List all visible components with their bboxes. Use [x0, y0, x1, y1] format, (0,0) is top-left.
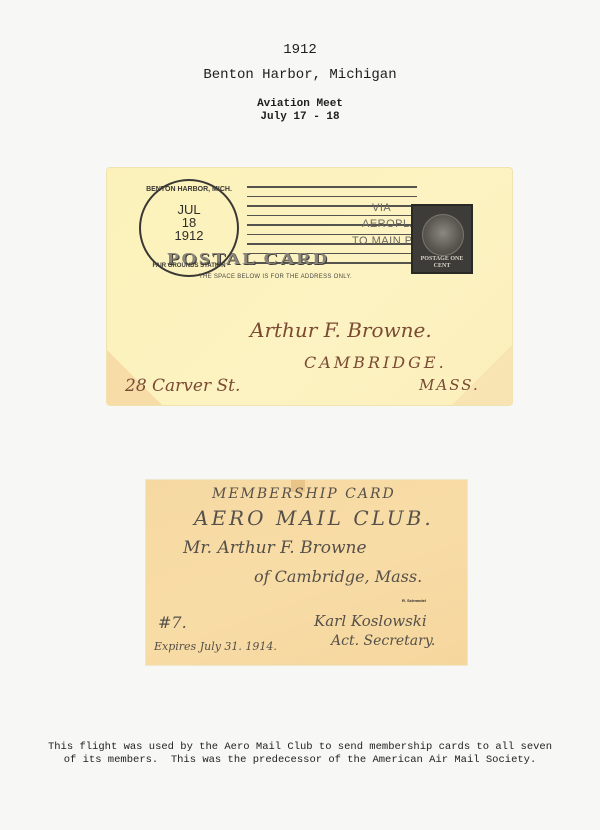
- page-year: 1912: [0, 42, 600, 58]
- postmark-town: BENTON HARBOR, MICH.: [141, 186, 237, 193]
- membership-card-image: MEMBERSHIP CARD AERO MAIL CLUB. Mr. Arth…: [146, 480, 467, 665]
- postal-card-image: VIA AEROPLANE TO MAIN P.O. POSTAGE ONE C…: [107, 168, 512, 405]
- cancel-slogan-line: VIA: [372, 202, 391, 214]
- portrait-icon: [422, 214, 464, 256]
- secretary-signature: Karl Koslowski: [314, 612, 427, 630]
- stamp-denomination: POSTAGE ONE CENT: [415, 256, 469, 270]
- circular-postmark: BENTON HARBOR, MICH. JUL 18 1912 FAIR GR…: [139, 179, 239, 277]
- event-name: Aviation Meet: [0, 98, 600, 110]
- postmark-station: FAIR GROUNDS STATION: [141, 263, 237, 269]
- one-cent-stamp: POSTAGE ONE CENT: [411, 204, 473, 274]
- caption-line: This flight was used by the Aero Mail Cl…: [0, 741, 600, 754]
- member-city: of Cambridge, Mass.: [254, 567, 422, 586]
- member-number: #7.: [158, 613, 187, 632]
- membership-card-title: MEMBERSHIP CARD: [212, 486, 396, 502]
- page-caption: This flight was used by the Aero Mail Cl…: [0, 741, 600, 767]
- postmark-date: JUL 18 1912: [141, 203, 237, 242]
- caption-line: of its members. This was the predecessor…: [0, 754, 600, 767]
- secretary-title: Act. Secretary.: [331, 633, 435, 649]
- club-name: AERO MAIL CLUB.: [194, 506, 434, 530]
- addressee-state: MASS.: [419, 376, 480, 394]
- member-name: Mr. Arthur F. Browne: [183, 538, 367, 558]
- expiration-date: Expires July 31. 1914.: [154, 640, 277, 653]
- page-location: Benton Harbor, Michigan: [0, 67, 600, 83]
- handstamp: R. Schmedel: [402, 598, 426, 603]
- addressee-street: 28 Carver St.: [125, 376, 240, 396]
- address-note: THE SPACE BELOW IS FOR THE ADDRESS ONLY.: [199, 274, 352, 280]
- postmark-year: 1912: [141, 229, 237, 242]
- addressee-name: Arthur F. Browne.: [250, 318, 432, 342]
- addressee-city: CAMBRIDGE.: [304, 353, 447, 372]
- corner-mount: [452, 345, 512, 405]
- event-dates: July 17 - 18: [0, 111, 600, 123]
